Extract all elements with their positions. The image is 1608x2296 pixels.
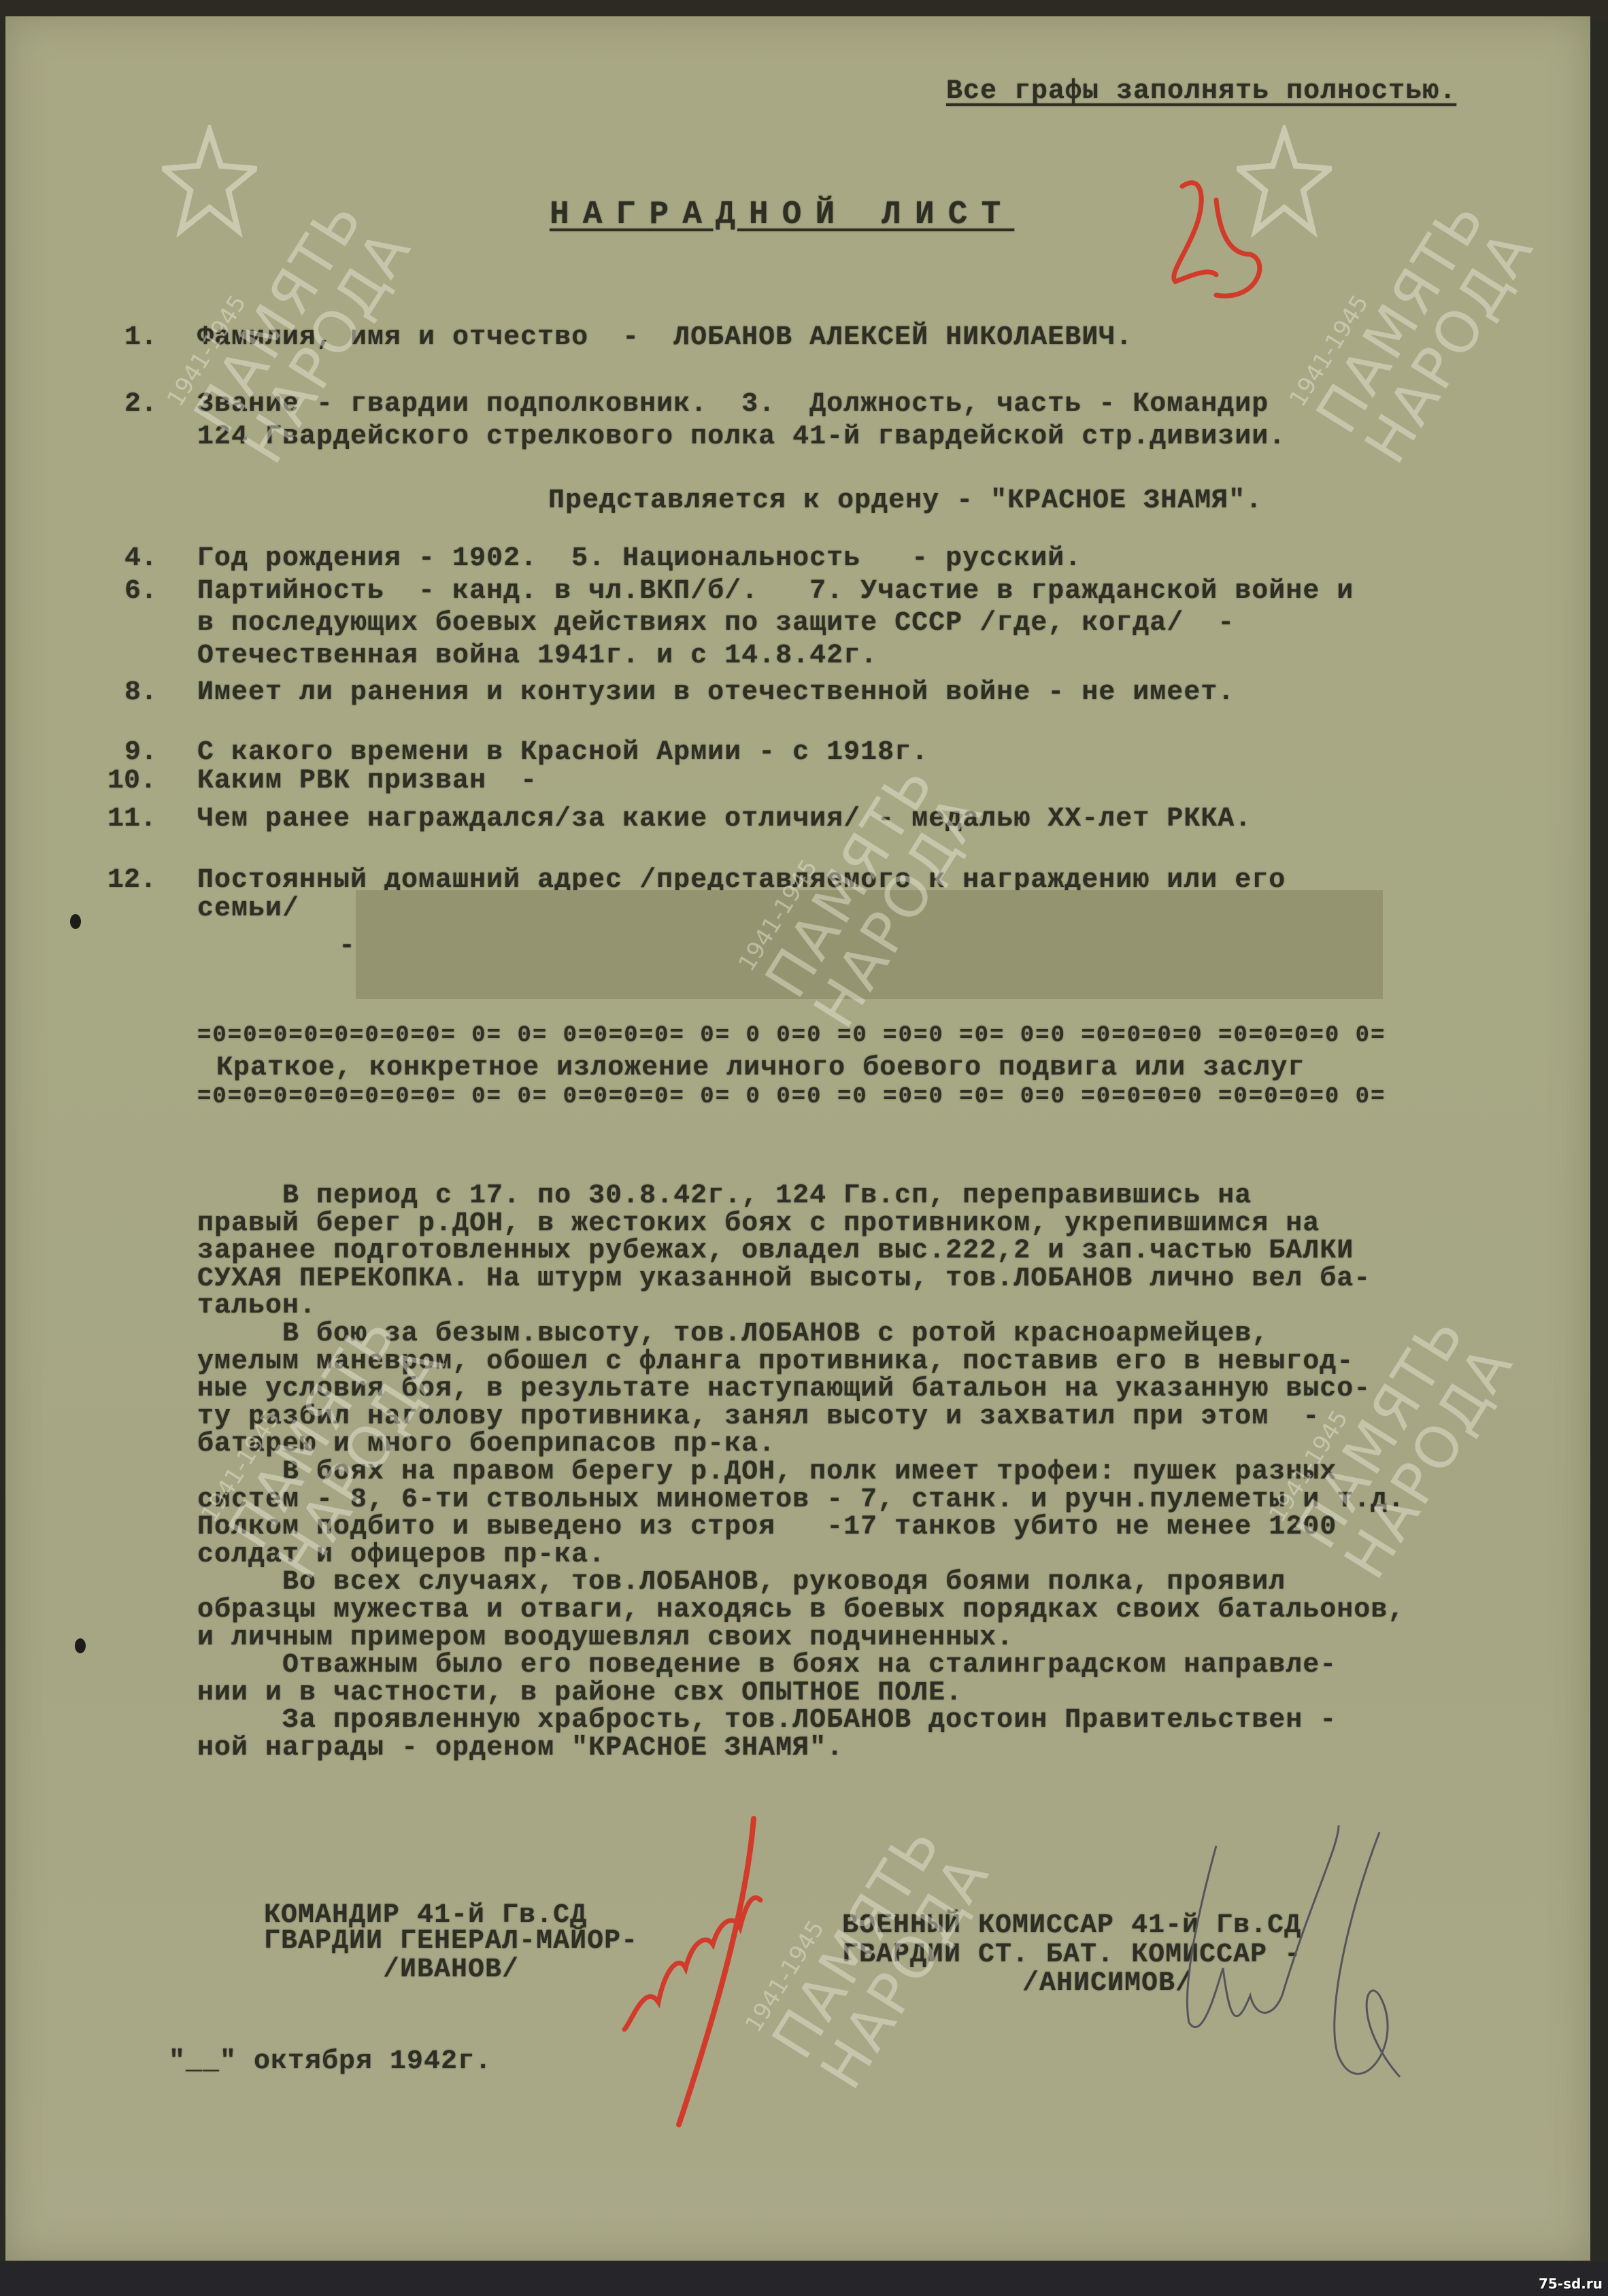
narrative-line: правый берег р.ДОН, в жестоких боях с пр… — [197, 1209, 1320, 1239]
narrative-line: образцы мужества и отваги, находясь в бо… — [197, 1595, 1405, 1625]
red-pencil-signature — [604, 1798, 876, 2152]
narrative-line: ной награды - орденом "КРАСНОЕ ЗНАМЯ". — [197, 1733, 843, 1763]
document-page: Все графы заполнять полностью. НАГРАДНОЙ… — [5, 16, 1590, 2261]
narrative-line: тальон. — [197, 1291, 316, 1321]
item-number: 9. — [124, 737, 157, 768]
narrative-line: За проявленную храбрость, тов.ЛОБАНОВ до… — [197, 1705, 1337, 1736]
handwritten-number-23 — [1155, 173, 1277, 309]
narrative-line: систем - 8, 6-ти ствольных минометов - 7… — [197, 1485, 1405, 1515]
redacted-address — [356, 890, 1383, 999]
item-rank-position: Звание - гвардии подполковник. 3. Должно… — [197, 389, 1269, 420]
signature-left-line2: ГВАРДИИ ГЕНЕРАЛ-МАЙОР- — [264, 1926, 638, 1957]
item-previous-awards: Чем ранее награждался/за какие отличия/ … — [197, 804, 1252, 834]
section-heading: Краткое, конкретное изложение личного бо… — [216, 1053, 1305, 1083]
address-dash: - — [339, 931, 356, 962]
item-number: 12. — [107, 865, 156, 896]
narrative-line: Отважным было его поведение в боях на ст… — [197, 1650, 1337, 1681]
item-participation-cont: Отечественная война 1941г. и с 14.8.42г. — [197, 641, 877, 671]
item-wounds: Имеет ли ранения и контузии в отечествен… — [197, 677, 1235, 708]
narrative-line: ту разбил наголову противника, занял выс… — [197, 1402, 1320, 1432]
item-service-since: С какого времени в Красной Армии - с 191… — [197, 737, 928, 768]
item-number: 6. — [124, 576, 157, 607]
watermark: 1941-1945 ПАМЯТЬ НАРОДА — [1264, 1291, 1522, 1587]
narrative-line: солдат и офицеров пр-ка. — [197, 1540, 605, 1570]
punch-hole — [70, 914, 81, 929]
item-unit: 124 Гвардейского стрелкового полка 41-й … — [197, 422, 1286, 452]
item-birth-nationality: Год рождения - 1902. 5. Национальность -… — [197, 543, 1082, 574]
narrative-line: В период с 17. по 30.8.42г., 124 Гв.сп, … — [197, 1181, 1252, 1211]
item-number: 4. — [124, 543, 157, 574]
signature-right-name: /АНИСИМОВ/ — [971, 1968, 1192, 1999]
header-note: Все графы заполнять полностью. — [946, 76, 1456, 107]
item-number: 1. — [124, 322, 157, 353]
item-home-address-cont: семьи/ — [197, 894, 299, 924]
signature-right-line2: ГВАРДИИ СТ. БАТ. КОМИССАР - — [842, 1940, 1301, 1970]
item-participation-cont: в последующих боевых действиях по защите… — [197, 608, 1235, 639]
narrative-line: Во всех случаях, тов.ЛОБАНОВ, руководя б… — [197, 1567, 1286, 1598]
punch-hole — [75, 1638, 86, 1653]
item-party-participation: Партийность - канд. в чл.ВКП/б/. 7. Учас… — [197, 576, 1354, 607]
watermark-star-icon — [1237, 125, 1332, 241]
narrative-line: ные условия боя, в результате наступающи… — [197, 1374, 1371, 1404]
narrative-line: В бою за безым.высоту, тов.ЛОБАНОВ с рот… — [197, 1319, 1269, 1349]
item-number: 8. — [124, 677, 157, 708]
narrative-line: и личным примером воодушевлял своих подч… — [197, 1623, 1014, 1653]
item-number: 10. — [107, 766, 156, 796]
scan-border-bottom — [0, 2262, 1608, 2296]
separator-bottom: =0=0=0=0=0=0=0=0= 0= 0= 0=0=0=0= 0= 0 0=… — [197, 1084, 1386, 1110]
watermark: 1941-1945 ПАМЯТЬ НАРОДА — [1284, 175, 1543, 472]
narrative-line: умелым маневром, обошел с фланга противн… — [197, 1347, 1354, 1377]
item-draft-office: Каким РВК призван - — [197, 766, 537, 796]
page-title: НАГРАДНОЙ ЛИСТ — [550, 197, 1014, 233]
item-full-name: Фамилия, имя и отчество - ЛОБАНОВ АЛЕКСЕ… — [197, 322, 1133, 353]
narrative-line: Полком подбито и выведено из строя -17 т… — [197, 1512, 1337, 1542]
signature-right-line1: ВОЕННЫЙ КОМИССАР 41-й Гв.СД — [842, 1910, 1301, 1941]
award-nomination: Представляется к ордену - "КРАСНОЕ ЗНАМЯ… — [548, 486, 1262, 516]
watermark-star-icon — [162, 125, 257, 241]
item-number: 2. — [124, 389, 157, 420]
document-date: "__" октября 1942г. — [169, 2046, 492, 2077]
narrative-line: В боях на правом берегу р.ДОН, полк имее… — [197, 1457, 1337, 1487]
narrative-line: батарею и много боеприпасов пр-ка. — [197, 1429, 775, 1459]
separator-top: =0=0=0=0=0=0=0=0= 0= 0= 0=0=0=0= 0= 0 0=… — [197, 1023, 1386, 1049]
narrative-line: заранее подготовленных рубежах, овладел … — [197, 1236, 1354, 1266]
narrative-line: СУХАЯ ПЕРЕКОПКА. На штурм указанной высо… — [197, 1264, 1371, 1294]
site-label: 75-sd.ru — [1539, 2276, 1603, 2292]
item-number: 11. — [107, 804, 156, 834]
signature-left-name: /ИВАНОВ/ — [332, 1955, 519, 1985]
narrative-line: нии и в частности, в районе свх ОПЫТНОЕ … — [197, 1678, 962, 1708]
